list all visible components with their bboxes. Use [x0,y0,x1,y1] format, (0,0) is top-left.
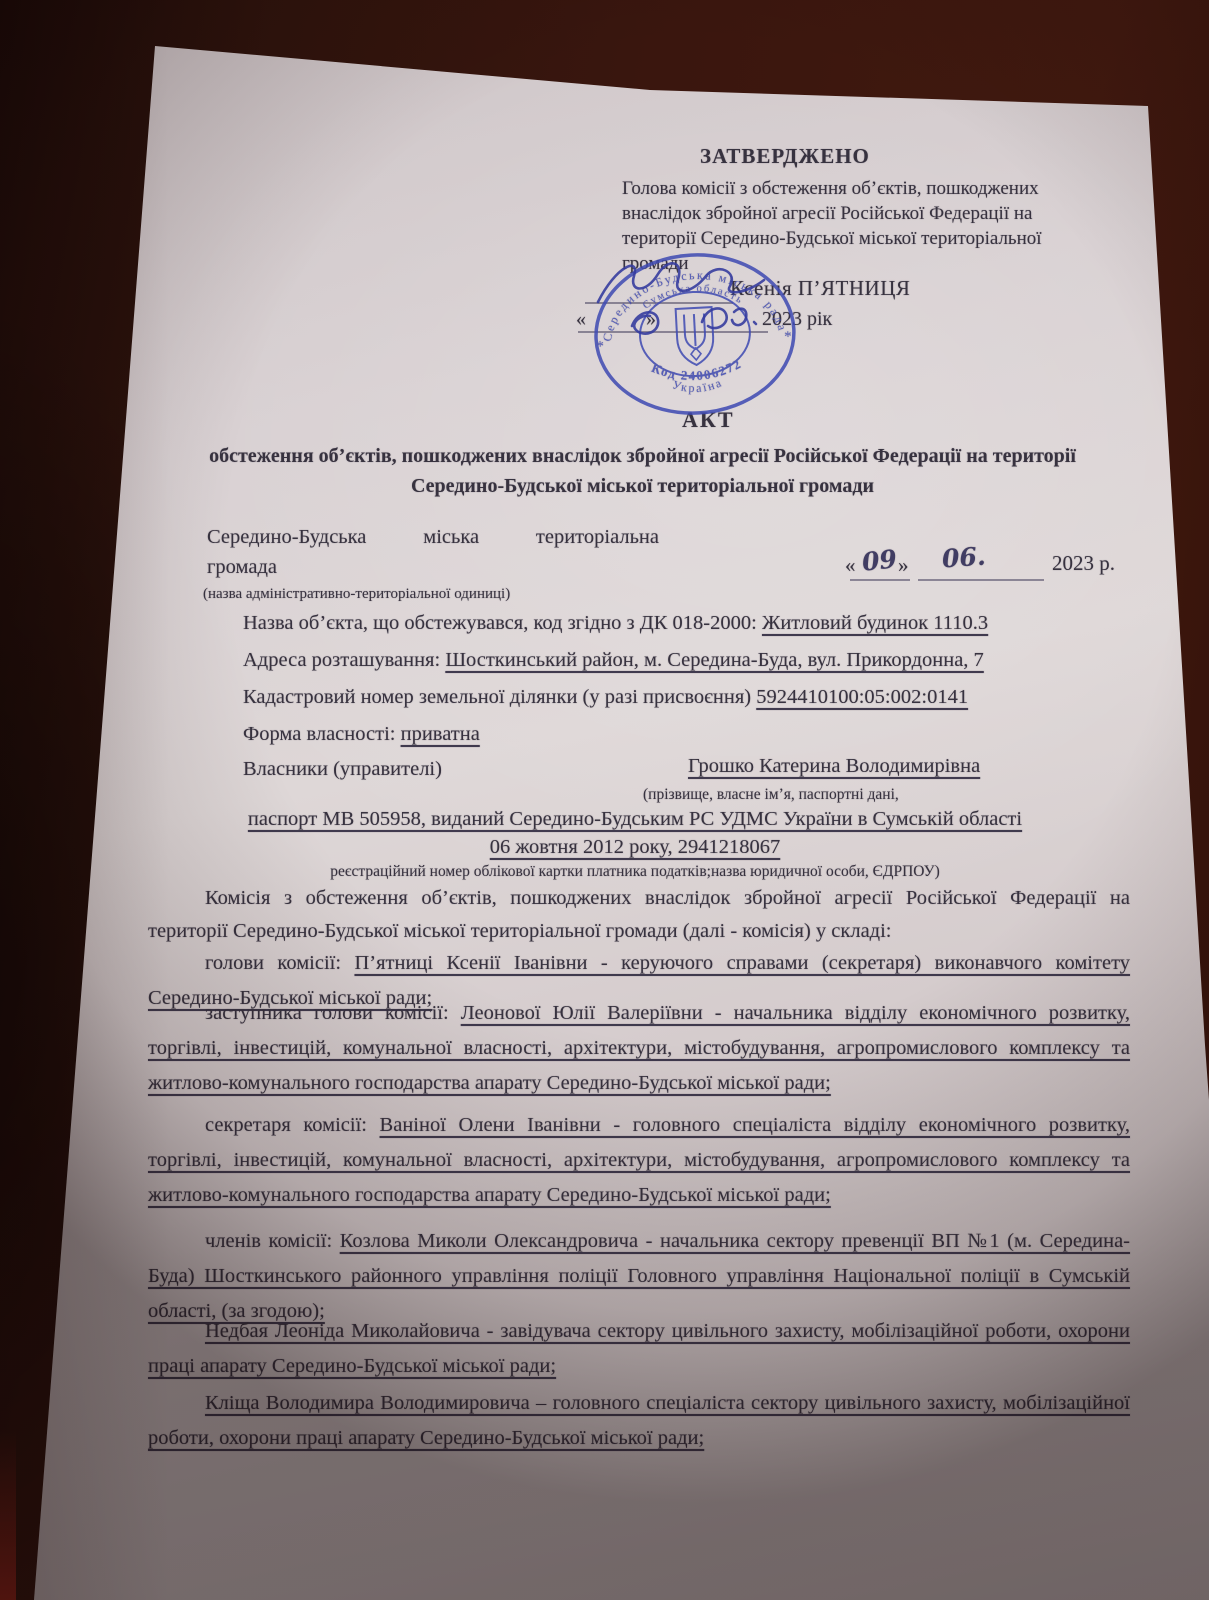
date-open-quote: « [845,553,856,578]
field-ownership-value: приватна [401,723,480,745]
date-month-handwritten: 06. [941,542,986,574]
field-address-label: Адреса розташування: [243,649,445,671]
owner-name: Грошко Катерина Володимирівна [688,755,980,778]
commission-member-klishch: Кліща Володимира Володимировича – головн… [148,1386,1130,1456]
community-name-line2: громада [207,556,277,579]
field-ownership-label: Форма власності: [243,723,401,745]
community-name-line1: Середино-Будська міська територіальна [207,526,659,549]
owners-label: Власники (управителі) [243,758,442,781]
date-day-handwritten: 09 [861,544,899,576]
commission-intro: Комісія з обстеження об’єктів, пошкоджен… [148,882,1130,948]
field-cadastral-label: Кадастровий номер земельної ділянки (у р… [243,686,756,708]
field-object-name-label: Назва об’єкта, що обстежувався, код згід… [243,612,762,634]
date-close-quote: » [898,553,909,578]
field-cadastral-value: 5924410100:05:002:0141 [756,686,968,708]
approved-heading: ЗАТВЕРДЖЕНО [700,144,870,169]
date-day-line [850,579,910,581]
passport-line-1: паспорт МВ 505958, виданий Середино-Будс… [170,808,1100,831]
commission-member-secretary: секретаря комісії: Ваніної Олени Іванівн… [148,1108,1130,1213]
date-month-line [918,579,1044,581]
owners-caption-bottom: реєстраційний номер облікової картки пла… [170,863,1100,881]
field-address: Адреса розташування: Шосткинський район,… [243,649,984,672]
passport-line-2: 06 жовтня 2012 року, 2941218067 [170,836,1100,859]
table-edge-highlight [0,1430,16,1600]
commission-member-nedbay: Недбая Леоніда Миколайовича - завідувача… [148,1314,1130,1384]
field-object-name-value: Житловий будинок 1110.3 [762,612,988,634]
date-year-label: 2023 р. [1052,551,1115,576]
document-page: ЗАТВЕРДЖЕНО Голова комісії з обстеження … [0,0,1209,1600]
act-subtitle: обстеження об’єктів, пошкоджених внаслід… [205,441,1080,501]
field-address-value: Шосткинський район, м. Середина-Буда, ву… [445,649,984,671]
field-ownership-form: Форма власності: приватна [243,723,480,746]
commission-member-deputy: заступника голови комісії: Леонової Юлії… [148,996,1130,1101]
community-caption: (назва адміністративно-територіальної од… [203,586,510,603]
field-object-name: Назва об’єкта, що обстежувався, код згід… [243,612,988,635]
owners-caption-top: (прізвище, власне ім’я, паспортні дані, [643,786,899,804]
field-cadastral-number: Кадастровий номер земельної ділянки (у р… [243,686,968,709]
photo-background: ЗАТВЕРДЖЕНО Голова комісії з обстеження … [0,0,1209,1600]
signature-mark [588,250,828,350]
